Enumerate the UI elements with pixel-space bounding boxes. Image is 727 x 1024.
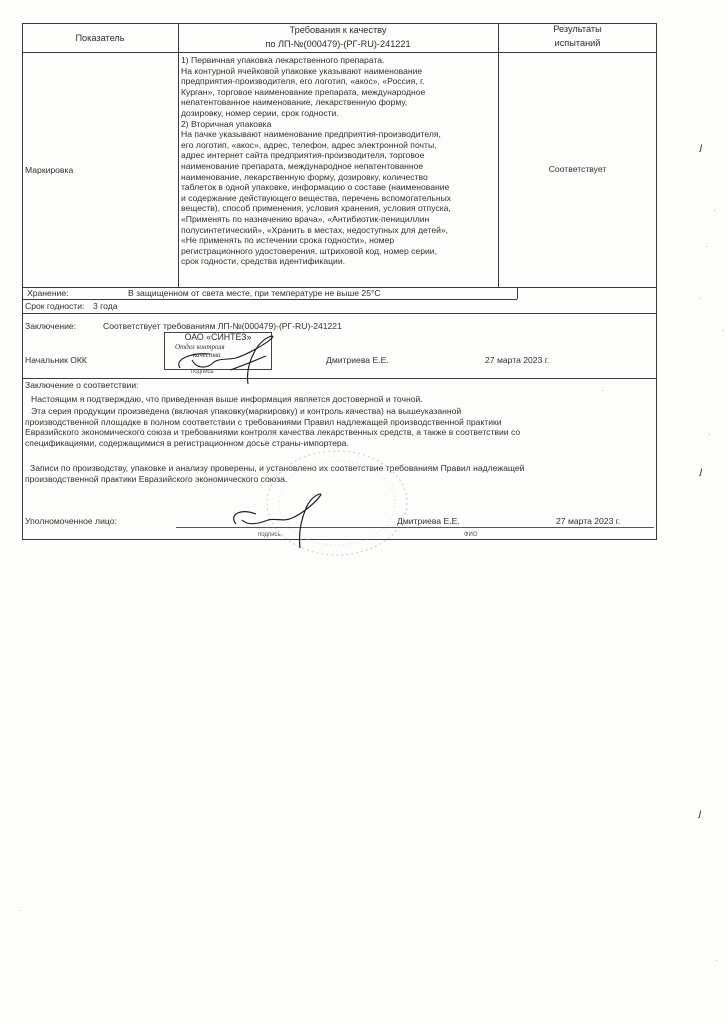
shelf-life-label: Срок годности:: [25, 301, 84, 312]
req-line: наименование препарата, международное не…: [181, 161, 497, 172]
req-line: дозировку, номер серии, срок годности.: [181, 108, 497, 119]
req-line: его логотип, «акос», адрес, телефон, адр…: [181, 140, 497, 151]
header-indicator: Показатель: [22, 31, 178, 45]
scan-speck: [20, 910, 21, 911]
scan-speck: [602, 390, 603, 391]
margin-mark: ȷ: [700, 142, 702, 153]
req-line: непатентованное наименование, лекарствен…: [181, 97, 497, 108]
scanned-document-page: Показатель Требования к качеству по ЛП-№…: [0, 0, 727, 1024]
req-line: «Применять по назначению врача», «Антиби…: [181, 214, 497, 225]
req-line: 2) Вторичная упаковка: [181, 119, 497, 130]
authorized-person-date: 27 марта 2023 г.: [556, 516, 620, 527]
authorized-person-label: Уполномоченное лицо:: [25, 516, 117, 527]
header-results-line2: испытаний: [498, 36, 657, 50]
conclusion-label: Заключение:: [25, 321, 76, 332]
row-indicator-marking: Маркировка: [25, 165, 73, 176]
compliance-p2-line: спецификациями, содержащимися в регистра…: [25, 438, 520, 449]
req-line: 1) Первичная упаковка лекарственного пре…: [181, 55, 497, 66]
req-line: полусинтетический», «Хранить в местах, н…: [181, 225, 497, 236]
compliance-title: Заключение о соответствии:: [25, 380, 139, 391]
header-requirements-line1: Требования к качеству: [178, 23, 498, 37]
scan-speck: [709, 434, 710, 435]
req-line: адрес интернет сайта предприятия-произво…: [181, 150, 497, 161]
authorized-signature-caption: подпись: [258, 530, 281, 541]
compliance-p2-line: Эта серия продукции произведена (включая…: [31, 406, 526, 417]
req-line: веществ), способ применения, условия хра…: [181, 203, 497, 214]
req-line: Курган», торговое наименование препарата…: [181, 87, 497, 98]
scan-speck: [706, 246, 707, 247]
req-line: срок годности, средства идентификации.: [181, 256, 497, 267]
storage-row-divider: [22, 299, 517, 300]
qc-head-position: Начальник ОКК: [25, 355, 87, 366]
scan-speck: [722, 330, 723, 331]
header-results: Результаты испытаний: [498, 22, 657, 50]
compliance-p2-line: Евразийского экономического союза и треб…: [25, 427, 520, 438]
req-line: наименование, лекарственную форму, дозир…: [181, 172, 497, 183]
column-divider-2: [498, 23, 499, 288]
authorized-person-signature: [228, 492, 338, 552]
authorized-person-name: Дмитриева Е.Е.: [397, 516, 460, 527]
header-requirements: Требования к качеству по ЛП-№(000479)-(Р…: [178, 23, 498, 51]
compliance-paragraph-1: Настоящим я подтверждаю, что приведенная…: [31, 394, 423, 405]
column-divider-1: [178, 23, 179, 288]
req-line: регистрационного удостоверения, штрихово…: [181, 246, 497, 257]
header-requirements-line2: по ЛП-№(000479)-(РГ-RU)-241221: [178, 37, 498, 51]
shelf-life-value: 3 года: [93, 301, 118, 312]
scan-speck: [714, 210, 715, 211]
row-requirements-marking: 1) Первичная упаковка лекарственного пре…: [181, 55, 497, 267]
compliance-p2-line: производственной площадке в полном соотв…: [25, 417, 520, 428]
header-row-divider: [22, 52, 657, 53]
qc-head-signature: [170, 330, 290, 390]
qc-head-name: Дмитриева Е.Е.: [326, 355, 389, 366]
scan-speck: [716, 960, 717, 961]
req-line: предприятия-производителя, его логотип, …: [181, 76, 497, 87]
storage-label: Хранение:: [27, 288, 69, 299]
qc-head-divider: [22, 378, 657, 379]
req-line: таблеток в одной упаковке, информацию о …: [181, 182, 497, 193]
storage-row-right-edge: [517, 287, 518, 299]
scan-speck: [699, 298, 700, 299]
req-line: На контурной ячейковой упаковке указываю…: [181, 66, 497, 77]
req-line: и содержание действующего вещества, пере…: [181, 193, 497, 204]
row-result-marking: Соответствует: [498, 164, 657, 175]
header-results-line1: Результаты: [498, 22, 657, 36]
req-line: На пачке указывают наименование предприя…: [181, 129, 497, 140]
req-line: «Не применять по истечении срока годност…: [181, 235, 497, 246]
shelf-life-divider: [22, 313, 657, 314]
compliance-paragraph-2: Эта серия продукции произведена (включая…: [25, 406, 520, 448]
authorized-name-caption: ФИО: [464, 530, 478, 541]
margin-mark: ȷ: [700, 466, 702, 477]
margin-mark: ȷ: [699, 808, 701, 819]
storage-value: В защищенном от света месте, при темпера…: [128, 288, 381, 299]
qc-head-date: 27 марта 2023 г.: [485, 355, 549, 366]
